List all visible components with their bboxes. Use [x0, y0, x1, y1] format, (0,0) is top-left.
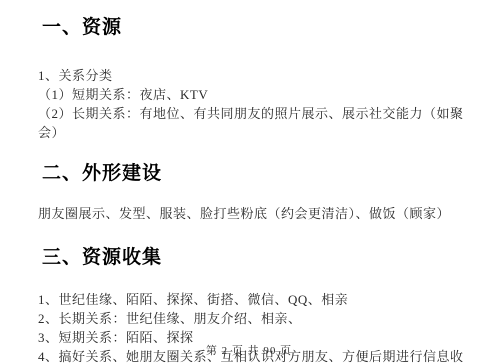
section-body: 朋友圈展示、发型、服装、脸打些粉底（约会更清洁）、做饭（顾家） — [38, 204, 470, 223]
page-content: 一、资源 1、关系分类 （1）短期关系：夜店、KTV （2）长期关系：有地位、有… — [0, 0, 498, 364]
document-page: 一、资源 1、关系分类 （1）短期关系：夜店、KTV （2）长期关系：有地位、有… — [0, 0, 498, 364]
body-line: 1、世纪佳缘、陌陌、探探、街搭、微信、QQ、相亲 — [38, 290, 470, 309]
section-heading: 二、外形建设 — [42, 161, 470, 186]
section-heading: 三、资源收集 — [42, 245, 470, 270]
section-appearance: 二、外形建设 朋友圈展示、发型、服装、脸打些粉底（约会更清洁）、做饭（顾家） — [38, 161, 470, 223]
body-line: （1）短期关系：夜店、KTV — [38, 85, 470, 104]
body-line: 1、关系分类 — [38, 66, 470, 85]
body-line: 2、长期关系：世纪佳缘、朋友介绍、相亲、 — [38, 309, 470, 328]
page-number-footer: 第 2 页 共 90 页 — [0, 345, 498, 358]
body-line: （2）长期关系：有地位、有共同朋友的照片展示、展示社交能力（如聚会） — [38, 104, 470, 142]
section-resources: 一、资源 1、关系分类 （1）短期关系：夜店、KTV （2）长期关系：有地位、有… — [38, 15, 470, 142]
section-heading: 一、资源 — [42, 15, 470, 40]
section-body: 1、关系分类 （1）短期关系：夜店、KTV （2）长期关系：有地位、有共同朋友的… — [38, 66, 470, 142]
body-line: 朋友圈展示、发型、服装、脸打些粉底（约会更清洁）、做饭（顾家） — [38, 204, 470, 223]
